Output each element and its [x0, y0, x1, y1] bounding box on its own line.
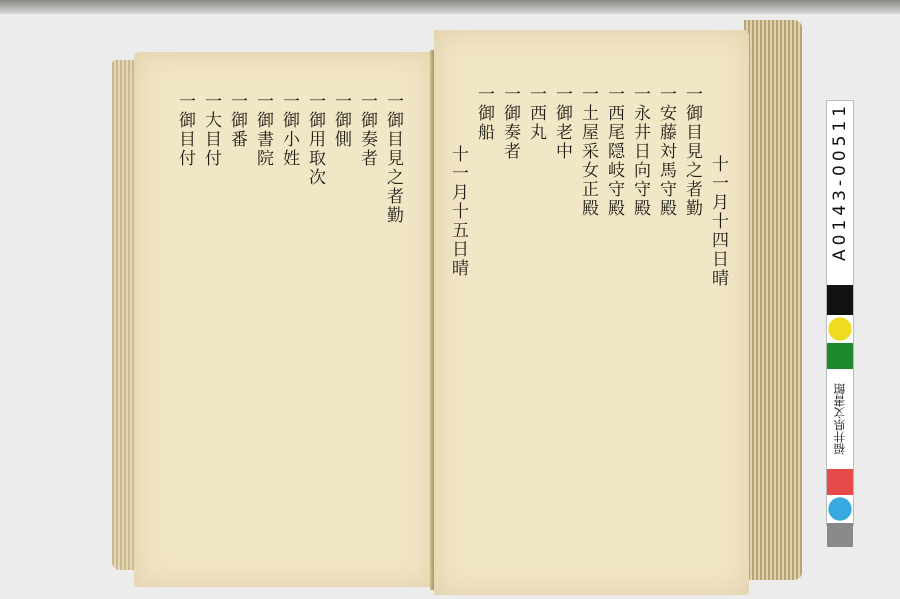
text-column: 一安藤対馬守殿 [655, 85, 677, 288]
color-swatch-yellow [827, 315, 853, 343]
text-column: 一永井日向守殿 [629, 85, 651, 288]
archive-label-strip: A0143-00511 福井県文書館 [826, 100, 854, 526]
text-column: 一御用取次 [304, 92, 326, 225]
color-swatch-red [827, 469, 853, 495]
text-column: 一御船 [473, 85, 495, 288]
text-column: 一御書院 [252, 92, 274, 225]
text-column: 一土屋采女正殿 [577, 85, 599, 288]
text-column: 一御目見之者勤 [382, 92, 404, 225]
color-swatch-blue [827, 495, 853, 523]
archive-institution: 福井県文書館 [827, 369, 853, 469]
date-header: 十一月十四日晴 [707, 155, 729, 288]
text-column: 一御奏者 [356, 92, 378, 225]
open-book: 一御目見之者勤 一御奏者 一御側 一御用取次 一御小姓 一御書院 一御番 一大目… [112, 20, 802, 590]
color-swatch-green [827, 343, 853, 369]
text-column: 一御奏者 [499, 85, 521, 288]
left-page: 一御目見之者勤 一御奏者 一御側 一御用取次 一御小姓 一御書院 一御番 一大目… [134, 52, 434, 587]
closing-date: 十一月十五日晴 [447, 145, 469, 288]
text-column: 一御目付 [174, 92, 196, 225]
right-page-text: 十一月十四日晴 一御目見之者勤 一安藤対馬守殿 一永井日向守殿 一西尾隠岐守殿 … [447, 85, 729, 288]
text-column: 一御小姓 [278, 92, 300, 225]
page-edges-right [744, 20, 802, 580]
color-swatch-black [827, 285, 853, 315]
text-column: 一御側 [330, 92, 352, 225]
text-column: 一西尾隠岐守殿 [603, 85, 625, 288]
archive-code: A0143-00511 [827, 101, 853, 261]
left-page-text: 一御目見之者勤 一御奏者 一御側 一御用取次 一御小姓 一御書院 一御番 一大目… [174, 92, 404, 225]
text-column: 一御老中 [551, 85, 573, 288]
text-column: 一大目付 [200, 92, 222, 225]
background-top [0, 0, 900, 14]
right-page: 十一月十四日晴 一御目見之者勤 一安藤対馬守殿 一永井日向守殿 一西尾隠岐守殿 … [434, 30, 749, 595]
color-swatch-gray [827, 523, 853, 547]
text-column: 一西丸 [525, 85, 547, 288]
text-column: 一御目見之者勤 [681, 85, 703, 288]
text-column: 一御番 [226, 92, 248, 225]
